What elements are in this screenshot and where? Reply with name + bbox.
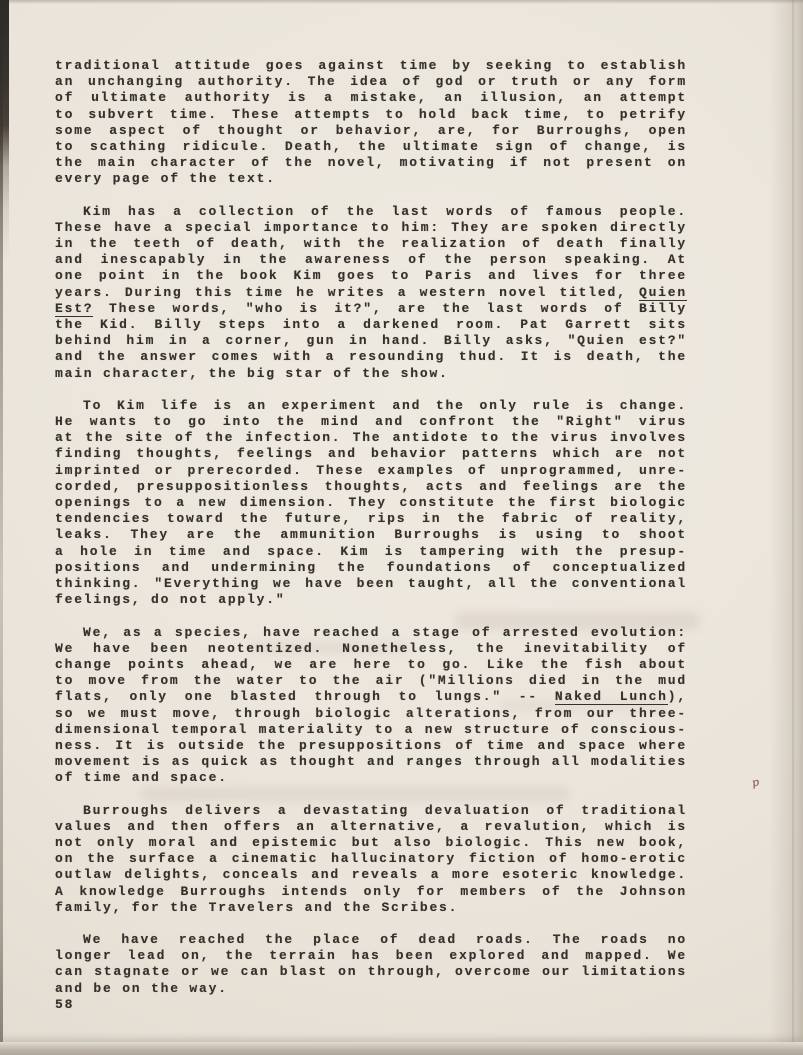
text-line: and the answer comes with a resounding t…	[55, 349, 687, 365]
text-segment: openings to a new dimension. They consti…	[55, 495, 687, 510]
text-line: We have reached the place of dead roads.…	[55, 932, 687, 948]
text-block: traditional attitude goes against time b…	[55, 58, 687, 1013]
text-segment: not only moral and epistemic but also bi…	[55, 835, 687, 850]
text-segment: To Kim life is an experiment and the onl…	[83, 398, 687, 413]
text-line: not only moral and epistemic but also bi…	[55, 835, 687, 851]
scan-edge-left-line	[0, 0, 3, 1055]
text-segment: and be on the way.	[55, 981, 228, 996]
text-segment: corded, presuppositionless thoughts, act…	[55, 479, 687, 494]
text-line: so we must move, through biologic altera…	[55, 706, 687, 722]
text-segment: We have been neotentized. Nonetheless, t…	[55, 641, 687, 656]
text-segment: the main character of the novel, motivat…	[55, 155, 687, 170]
text-line: of ultimate authority is a mistake, an i…	[55, 90, 687, 106]
text-segment: in the teeth of death, with the realizat…	[55, 236, 687, 251]
text-line: A knowledge Burroughs intends only for m…	[55, 884, 687, 900]
text-segment: These words, "who is it?", are the last …	[93, 301, 687, 316]
text-line: openings to a new dimension. They consti…	[55, 495, 687, 511]
paragraph: We, as a species, have reached a stage o…	[55, 625, 687, 787]
paragraph: We have reached the place of dead roads.…	[55, 932, 687, 997]
text-segment: outlaw delights, conceals and reveals a …	[55, 867, 687, 882]
text-line: movement is as quick as thought and rang…	[55, 754, 687, 770]
text-line: Est? These words, "who is it?", are the …	[55, 301, 687, 317]
scanned-page: traditional attitude goes against time b…	[0, 0, 803, 1055]
text-line: change points ahead, we are here to go. …	[55, 657, 687, 673]
text-segment: ness. It is outside the presuppositions …	[55, 738, 687, 753]
text-segment: These have a special importance to him: …	[55, 220, 687, 235]
text-segment: behind him in a corner, gun in hand. Bil…	[55, 333, 687, 348]
text-segment: Naked Lunch	[555, 689, 668, 705]
text-line: ness. It is outside the presuppositions …	[55, 738, 687, 754]
text-segment: some aspect of thought or behavior, are,…	[55, 123, 687, 138]
text-segment: on the surface a cinematic hallucinatory…	[55, 851, 687, 866]
scan-edge-bottom	[0, 1042, 803, 1055]
text-segment: main character, the big star of the show…	[55, 366, 449, 381]
text-line: values and then offers an alternative, a…	[55, 819, 687, 835]
text-line: corded, presuppositionless thoughts, act…	[55, 479, 687, 495]
text-line: to scathing ridicule. Death, the ultimat…	[55, 139, 687, 155]
text-line: He wants to go into the mind and confron…	[55, 414, 687, 430]
text-line: one point in the book Kim goes to Paris …	[55, 268, 687, 284]
text-line: main character, the big star of the show…	[55, 366, 687, 382]
text-segment: at the site of the infection. The antido…	[55, 430, 687, 445]
text-line: We have been neotentized. Nonetheless, t…	[55, 641, 687, 657]
text-segment: years. During this time he writes a west…	[55, 285, 639, 300]
text-segment: can stagnate or we can blast on through,…	[55, 964, 687, 979]
paragraph: traditional attitude goes against time b…	[55, 58, 687, 188]
text-segment: A knowledge Burroughs intends only for m…	[55, 884, 687, 899]
text-body: traditional attitude goes against time b…	[55, 58, 687, 997]
text-line: flats, only one blasted through to lungs…	[55, 689, 687, 705]
text-line: leaks. They are the ammunition Burroughs…	[55, 527, 687, 543]
text-line: These have a special importance to him: …	[55, 220, 687, 236]
text-line: positions and undermining the foundation…	[55, 560, 687, 576]
text-segment: so we must move, through biologic altera…	[55, 706, 687, 721]
text-segment: of ultimate authority is a mistake, an i…	[55, 90, 687, 105]
text-segment: feelings, do not apply."	[55, 592, 285, 607]
text-line: on the surface a cinematic hallucinatory…	[55, 851, 687, 867]
text-segment: and inescapably in the awareness of the …	[55, 252, 687, 267]
text-segment: We, as a species, have reached a stage o…	[83, 625, 687, 640]
text-line: can stagnate or we can blast on through,…	[55, 964, 687, 980]
text-line: feelings, do not apply."	[55, 592, 687, 608]
text-segment: one point in the book Kim goes to Paris …	[55, 268, 687, 283]
text-line: traditional attitude goes against time b…	[55, 58, 687, 74]
scan-edge-right-shadow	[769, 0, 803, 1055]
text-segment: longer lead on, the terrain has been exp…	[55, 948, 687, 963]
text-segment: Kim has a collection of the last words o…	[83, 204, 687, 219]
text-segment: to scathing ridicule. Death, the ultimat…	[55, 139, 687, 154]
text-line: an unchanging authority. The idea of god…	[55, 74, 687, 90]
marginal-ink-mark: p	[751, 775, 761, 789]
text-segment: family, for the Travelers and the Scribe…	[55, 900, 458, 915]
text-line: finding thoughts, feelings and behavior …	[55, 446, 687, 462]
text-line: a hole in time and space. Kim is tamperi…	[55, 544, 687, 560]
text-segment: positions and undermining the foundation…	[55, 560, 687, 575]
text-line: the Kid. Billy steps into a darkened roo…	[55, 317, 687, 333]
text-line: in the teeth of death, with the realizat…	[55, 236, 687, 252]
text-segment: He wants to go into the mind and confron…	[55, 414, 687, 429]
text-line: at the site of the infection. The antido…	[55, 430, 687, 446]
text-line: behind him in a corner, gun in hand. Bil…	[55, 333, 687, 349]
scan-edge-right-line	[792, 0, 794, 1055]
text-line: of time and space.	[55, 770, 687, 786]
page-number: 58	[55, 997, 687, 1013]
text-line: the main character of the novel, motivat…	[55, 155, 687, 171]
text-segment: the Kid. Billy steps into a darkened roo…	[55, 317, 687, 332]
paragraph: Kim has a collection of the last words o…	[55, 204, 687, 382]
text-line: imprinted or prerecorded. These examples…	[55, 463, 687, 479]
text-line: and inescapably in the awareness of the …	[55, 252, 687, 268]
paragraph: To Kim life is an experiment and the onl…	[55, 398, 687, 609]
text-segment: movement is as quick as thought and rang…	[55, 754, 687, 769]
paragraph: Burroughs delivers a devastating devalua…	[55, 803, 687, 916]
text-segment: dimensional temporal materiality to a ne…	[55, 722, 687, 737]
text-segment: a hole in time and space. Kim is tamperi…	[55, 544, 687, 559]
text-line: We, as a species, have reached a stage o…	[55, 625, 687, 641]
text-segment: imprinted or prerecorded. These examples…	[55, 463, 687, 478]
text-segment: to subvert time. These attempts to hold …	[55, 107, 687, 122]
text-line: family, for the Travelers and the Scribe…	[55, 900, 687, 916]
text-segment: thinking. "Everything we have been taugh…	[55, 576, 687, 591]
scan-edge-top	[0, 0, 803, 4]
text-segment: traditional attitude goes against time b…	[55, 58, 687, 73]
text-line: To Kim life is an experiment and the onl…	[55, 398, 687, 414]
text-segment: flats, only one blasted through to lungs…	[55, 689, 555, 704]
text-segment: every page of the text.	[55, 171, 276, 186]
text-segment: Quien	[639, 285, 687, 301]
text-segment: an unchanging authority. The idea of god…	[55, 74, 687, 89]
text-segment: finding thoughts, feelings and behavior …	[55, 446, 687, 461]
text-line: Kim has a collection of the last words o…	[55, 204, 687, 220]
text-line: dimensional temporal materiality to a ne…	[55, 722, 687, 738]
text-segment: ),	[668, 689, 687, 704]
text-segment: and the answer comes with a resounding t…	[55, 349, 687, 364]
text-line: Burroughs delivers a devastating devalua…	[55, 803, 687, 819]
text-line: to move from the water to the air ("Mill…	[55, 673, 687, 689]
text-line: years. During this time he writes a west…	[55, 285, 687, 301]
text-line: tendencies toward the future, rips in th…	[55, 511, 687, 527]
text-line: thinking. "Everything we have been taugh…	[55, 576, 687, 592]
text-segment: Burroughs delivers a devastating devalua…	[83, 803, 687, 818]
text-segment: We have reached the place of dead roads.…	[83, 932, 687, 947]
text-line: every page of the text.	[55, 171, 687, 187]
text-segment: change points ahead, we are here to go. …	[55, 657, 687, 672]
text-segment: Est?	[55, 301, 93, 317]
text-segment: to move from the water to the air ("Mill…	[55, 673, 687, 688]
text-segment: tendencies toward the future, rips in th…	[55, 511, 687, 526]
text-line: to subvert time. These attempts to hold …	[55, 107, 687, 123]
text-segment: leaks. They are the ammunition Burroughs…	[55, 527, 687, 542]
text-line: and be on the way.	[55, 981, 687, 997]
text-line: longer lead on, the terrain has been exp…	[55, 948, 687, 964]
text-segment: of time and space.	[55, 770, 228, 785]
text-line: some aspect of thought or behavior, are,…	[55, 123, 687, 139]
text-line: outlaw delights, conceals and reveals a …	[55, 867, 687, 883]
text-segment: values and then offers an alternative, a…	[55, 819, 687, 834]
